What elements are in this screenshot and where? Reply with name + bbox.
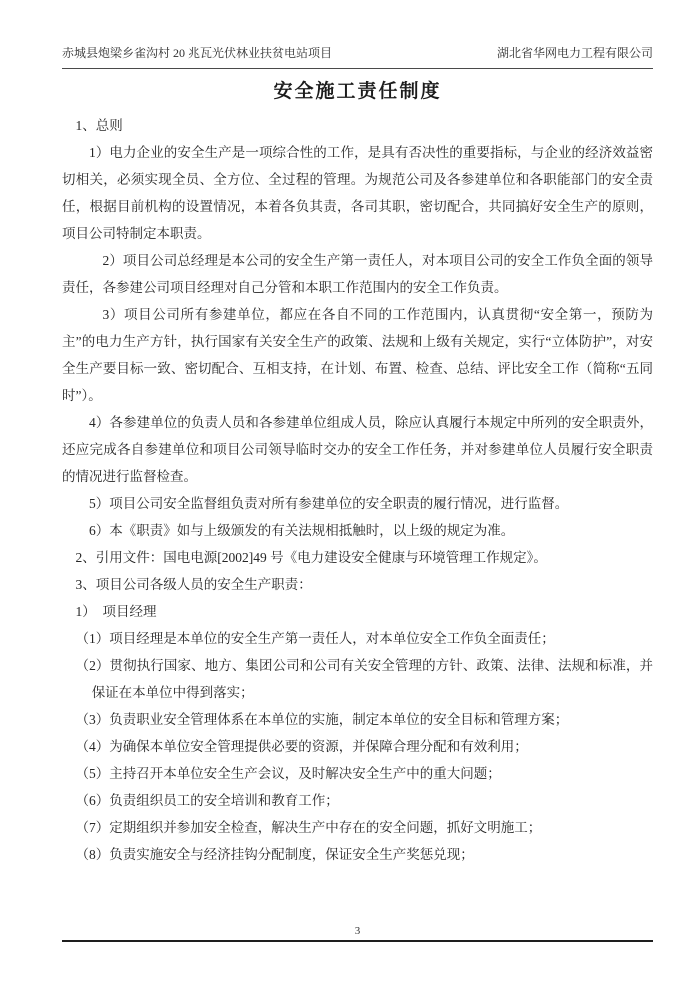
document-body: 1、总则 1）电力企业的安全生产是一项综合性的工作，是具有否决性的重要指标，与企… — [62, 112, 653, 868]
paragraph-1-3: 3）项目公司所有参建单位，都应在各自不同的工作范围内，认真贯彻“安全第一，预防为… — [62, 301, 653, 409]
paragraph-section-2: 2、引用文件：国电电源[2002]49 号《电力建设安全健康与环境管理工作规定》… — [62, 544, 653, 571]
paragraph-section-3: 3、项目公司各级人员的安全生产职责： — [62, 571, 653, 598]
header-project-name: 赤城县炮梁乡雀沟村 20 兆瓦光伏林业扶贫电站项目 — [62, 44, 332, 61]
paragraph-1-1: 1）电力企业的安全生产是一项综合性的工作，是具有否决性的重要指标，与企业的经济效… — [62, 139, 653, 247]
paragraph-duty-7: （7）定期组织并参加安全检查，解决生产中存在的安全问题，抓好文明施工； — [62, 814, 653, 841]
paragraph-3-1-heading: 1） 项目经理 — [62, 598, 653, 625]
page-footer: 3 — [62, 925, 653, 942]
paragraph-duty-8: （8）负责实施安全与经济挂钩分配制度，保证安全生产奖惩兑现； — [62, 841, 653, 868]
document-title: 安全施工责任制度 — [62, 76, 653, 103]
paragraph-1-2: 2）项目公司总经理是本公司的安全生产第一责任人，对本项目公司的安全工作负全面的领… — [62, 247, 653, 301]
document-page: 赤城县炮梁乡雀沟村 20 兆瓦光伏林业扶贫电站项目 湖北省华网电力工程有限公司 … — [0, 0, 700, 990]
paragraph-section-1: 1、总则 — [62, 112, 653, 139]
paragraph-duty-1: （1）项目经理是本单位的安全生产第一责任人，对本单位安全工作负全面责任； — [62, 625, 653, 652]
page-header: 赤城县炮梁乡雀沟村 20 兆瓦光伏林业扶贫电站项目 湖北省华网电力工程有限公司 — [62, 44, 653, 69]
paragraph-duty-3: （3）负责职业安全管理体系在本单位的实施，制定本单位的安全目标和管理方案； — [62, 706, 653, 733]
paragraph-1-6: 6）本《职责》如与上级颁发的有关法规相抵触时，以上级的规定为准。 — [62, 517, 653, 544]
paragraph-1-4: 4）各参建单位的负责人员和各参建单位组成人员，除应认真履行本规定中所列的安全职责… — [62, 409, 653, 490]
footer-rule — [62, 940, 653, 942]
paragraph-duty-2: （2）贯彻执行国家、地方、集团公司和公司有关安全管理的方针、政策、法律、法规和标… — [62, 652, 653, 706]
header-company-name: 湖北省华网电力工程有限公司 — [497, 44, 653, 61]
paragraph-duty-6: （6）负责组织员工的安全培训和教育工作； — [62, 787, 653, 814]
paragraph-duty-4: （4）为确保本单位安全管理提供必要的资源，并保障合理分配和有效利用； — [62, 733, 653, 760]
paragraph-1-5: 5）项目公司安全监督组负责对所有参建单位的安全职责的履行情况，进行监督。 — [62, 490, 653, 517]
page-number: 3 — [62, 925, 653, 937]
paragraph-duty-5: （5）主持召开本单位安全生产会议，及时解决安全生产中的重大问题； — [62, 760, 653, 787]
